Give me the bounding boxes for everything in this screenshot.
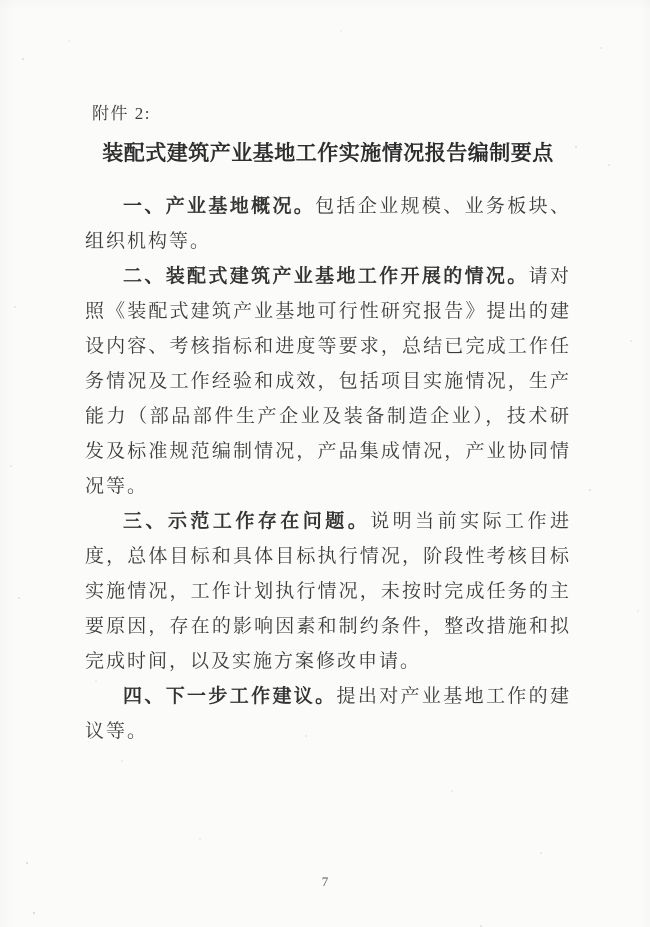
- paragraph-2-text: 请对照《装配式建筑产业基地可行性研究报告》提出的建设内容、考核指标和进度等要求，…: [85, 266, 571, 497]
- paragraph-2-lead: 二、装配式建筑产业基地工作开展的情况。: [123, 266, 529, 287]
- paragraph-4-lead: 四、下一步工作建议。: [123, 686, 337, 707]
- paragraph-3-lead: 三、示范工作存在问题。: [123, 511, 370, 532]
- paragraph-4: 四、下一步工作建议。提出对产业基地工作的建议等。: [85, 679, 571, 749]
- scanned-document-page: 附件 2: 装配式建筑产业基地工作实施情况报告编制要点 一、产业基地概况。包括企…: [0, 0, 650, 927]
- paragraph-1-lead: 一、产业基地概况。: [123, 196, 315, 217]
- paragraph-1: 一、产业基地概况。包括企业规模、业务板块、组织机构等。: [85, 189, 571, 259]
- document-body: 一、产业基地概况。包括企业规模、业务板块、组织机构等。 二、装配式建筑产业基地工…: [85, 189, 571, 749]
- paragraph-3-text: 说明当前实际工作进度，总体目标和具体目标执行情况，阶段性考核目标实施情况，工作计…: [85, 511, 571, 672]
- paragraph-2: 二、装配式建筑产业基地工作开展的情况。请对照《装配式建筑产业基地可行性研究报告》…: [85, 259, 571, 504]
- document-title: 装配式建筑产业基地工作实施情况报告编制要点: [85, 137, 571, 167]
- scan-noise-speckles: [0, 0, 2, 2]
- attachment-label: 附件 2:: [92, 99, 151, 124]
- page-number: 7: [0, 874, 650, 890]
- paragraph-3: 三、示范工作存在问题。说明当前实际工作进度，总体目标和具体目标执行情况，阶段性考…: [85, 504, 571, 679]
